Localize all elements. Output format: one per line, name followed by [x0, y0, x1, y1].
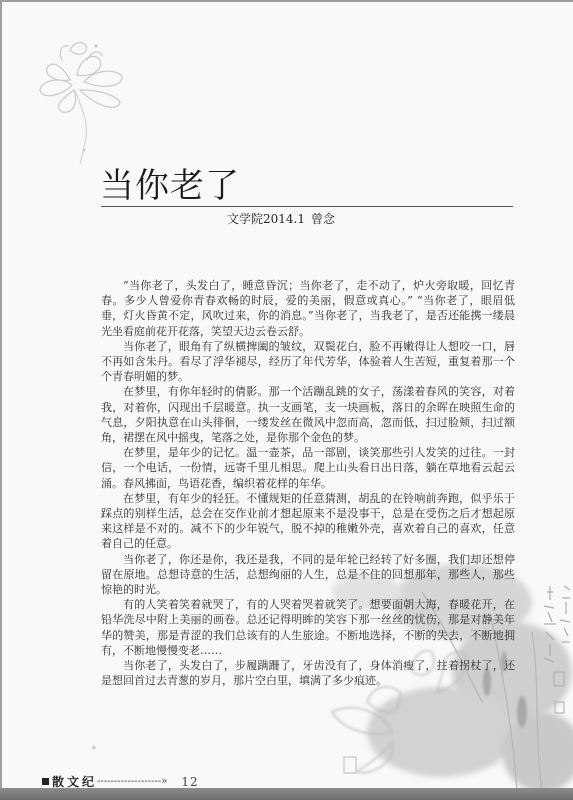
title-underline [101, 206, 513, 207]
magazine-name: 散文纪 [52, 773, 97, 788]
paragraph: “当你老了，头发白了，睡意昏沉；当你老了，走不动了，炉火旁取暖，回忆青春。多少人… [101, 278, 515, 339]
page-edge-bottom [0, 788, 573, 800]
byline: 文学院2014.1曾念 [227, 210, 335, 227]
lotus-sketch-icon [22, 20, 132, 165]
paragraph: 当你老了，眼角有了纵横捭阖的皱纹，双鬓花白，脸不再嫩得让人想咬一口，唇不再如含朱… [101, 339, 515, 385]
page-footer: 散文纪 -------------------» 12 [42, 773, 199, 788]
stray-mark: a [92, 744, 96, 751]
paragraph: 在梦里，是年少的记忆。温一壶茶，品一部剧，谈笑那些引人发笑的过往。一封信，一个电… [101, 445, 515, 491]
dotted-leader: -------------------» [97, 776, 167, 787]
square-bullet-icon [42, 778, 49, 785]
paragraph: 当你老了，头发白了，步履蹒跚了，牙齿没有了，身体消瘦了，拄着拐杖了，还是想回首过… [101, 658, 515, 688]
paragraph: 在梦里，有你年轻时的倩影。那一个活蹦乱跳的女子，荡漾着春风的笑容，对着我，对着你… [101, 384, 515, 445]
article-body: “当你老了，头发白了，睡意昏沉；当你老了，走不动了，炉火旁取暖，回忆青春。多少人… [101, 278, 515, 688]
magazine-page: 当你老了 文学院2014.1曾念 “当你老了，头发白了，睡意昏沉；当你老了，走不… [2, 2, 573, 788]
byline-department: 文学院2014.1 [227, 212, 305, 226]
article-title: 当你老了 [100, 165, 240, 207]
page-number: 12 [181, 775, 198, 789]
paragraph: 当你老了，你还是你，我还是我，不同的是年轮已经转了好多圈，我们却还想停留在原地。… [101, 552, 515, 598]
paragraph: 在梦里，有年少的轻狂。不懂规矩的任意猜测，胡乱的在铃响前奔跑，似乎乐于踩点的别样… [101, 491, 515, 552]
paragraph: 有的人笑着笑着就哭了，有的人哭着哭着就笑了。想要面朝大海，春暖花开，在铅华洗尽中… [101, 597, 515, 658]
byline-author: 曾念 [311, 212, 335, 226]
document-viewer: 当你老了 文学院2014.1曾念 “当你老了，头发白了，睡意昏沉；当你老了，走不… [0, 0, 573, 800]
